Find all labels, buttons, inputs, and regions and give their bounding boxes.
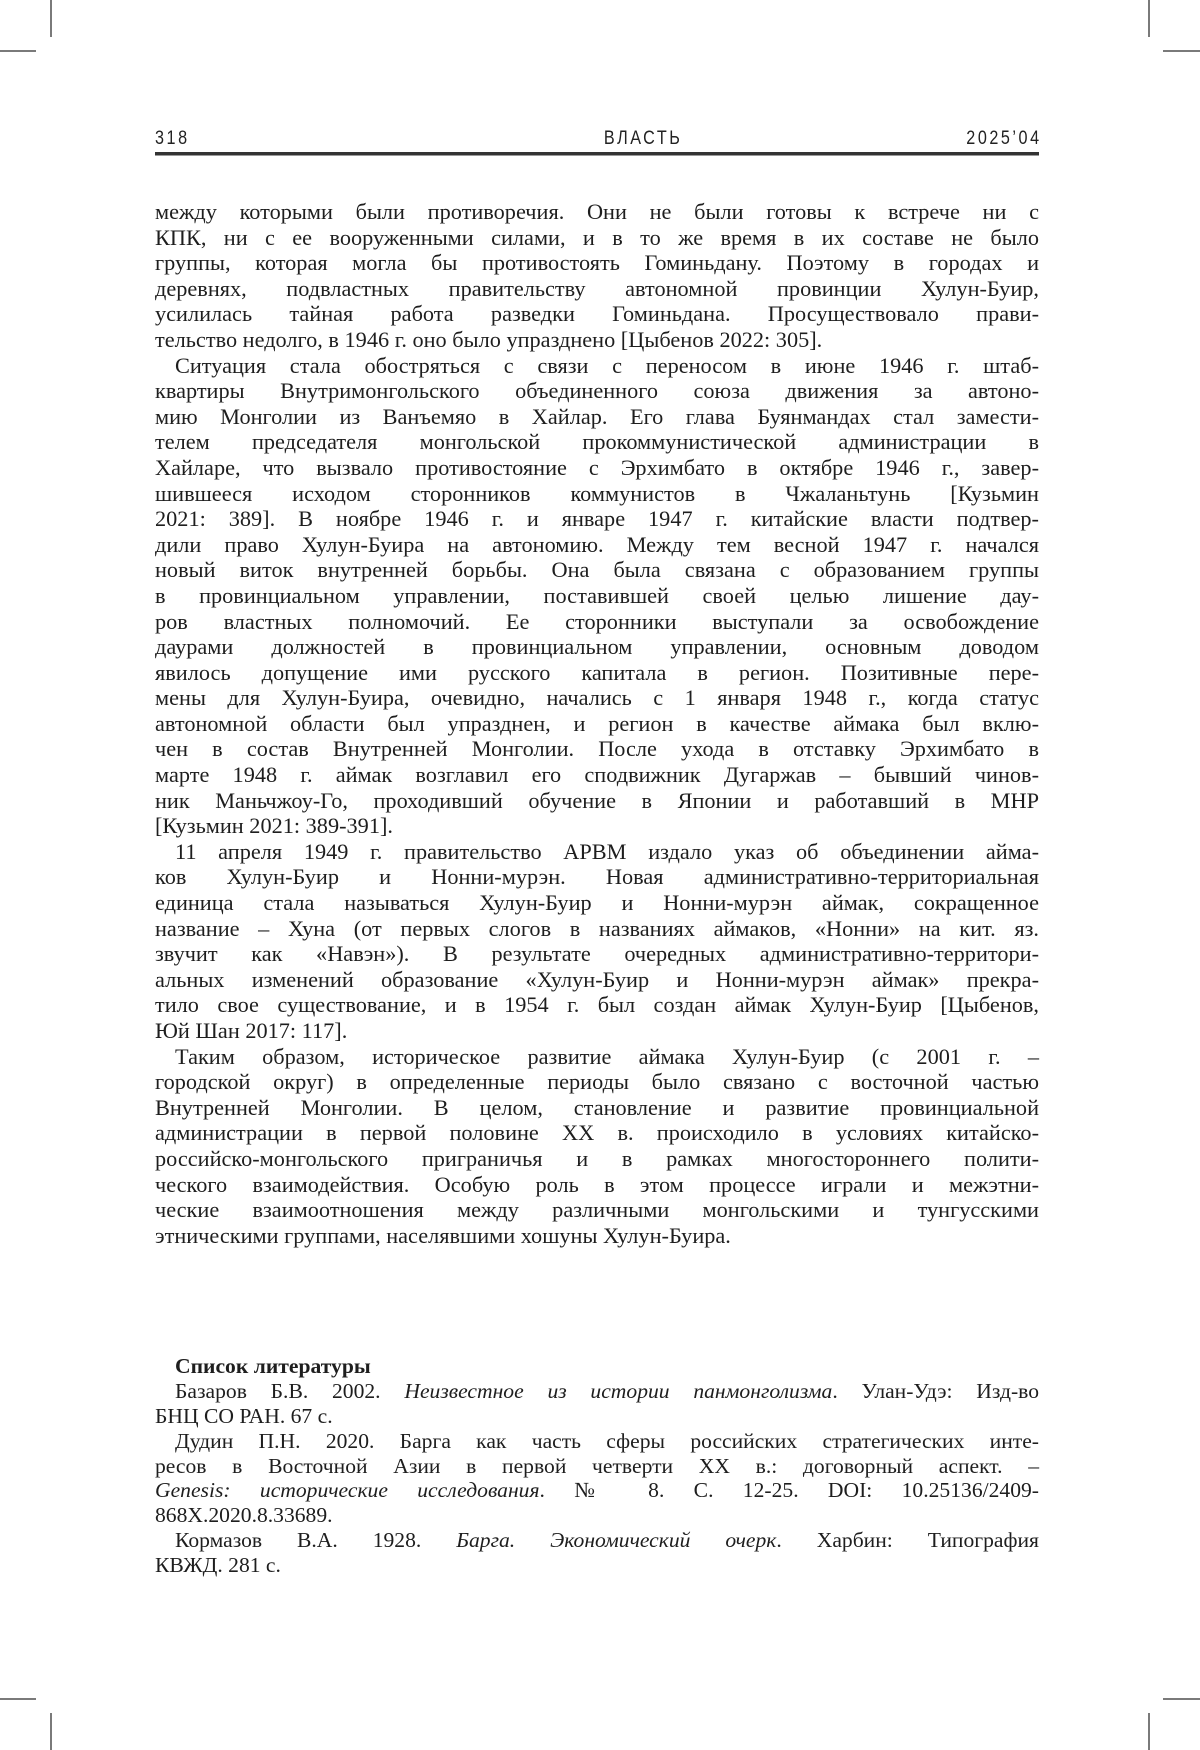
text-line: даурами должностей в провинциальном упра… (155, 634, 1039, 660)
text-line: тельство недолго, в 1946 г. оно было упр… (155, 327, 1039, 353)
crop-mark-top-left-vertical (50, 0, 52, 37)
reference-text: ресов в Восточной Азии в первой четверти… (155, 1454, 1039, 1478)
text-line: между которыми были противоречия. Они не… (155, 199, 1039, 225)
reference-text: КВЖД. 281 с. (155, 1553, 281, 1577)
text-line: ческие взаимоотношения между различными … (155, 1197, 1039, 1223)
text-line: тило свое существование, и в 1954 г. был… (155, 992, 1039, 1018)
reference-line: Кормазов В.А. 1928. Барга. Экономический… (155, 1528, 1039, 1553)
text-line: Ситуация стала обостряться с связи с пер… (155, 353, 1039, 379)
text-line: квартиры Внутримонгольского объединенног… (155, 378, 1039, 404)
reference-line: Базаров Б.В. 2002. Неизвестное из истори… (155, 1379, 1039, 1404)
article-body: между которыми были противоречия. Они не… (155, 199, 1039, 1248)
reference-text: . Харбин: Типография (776, 1528, 1039, 1552)
text-line: шившееся исходом сторонников коммунистов… (155, 481, 1039, 507)
text-line: ческого взаимодействия. Особую роль в эт… (155, 1172, 1039, 1198)
paragraph: Таким образом, историческое развитие айм… (155, 1044, 1039, 1249)
text-line: мены для Хулун-Буира, очевидно, начались… (155, 685, 1039, 711)
text-line: телем председателя монгольской прокоммун… (155, 429, 1039, 455)
text-line: марте 1948 г. аймак возглавил его сподви… (155, 762, 1039, 788)
reference-text: Базаров Б.В. 2002. (175, 1379, 404, 1403)
references-heading: Список литературы (155, 1354, 1039, 1379)
reference-text: . Улан-Удэ: Изд-во (832, 1379, 1039, 1403)
paragraph: Ситуация стала обостряться с связи с пер… (155, 353, 1039, 839)
text-line: городской округ) в определенные периоды … (155, 1069, 1039, 1095)
text-line: этническими группами, населявшими хошуны… (155, 1223, 1039, 1249)
text-line: единица стала называться Хулун-Буир и Но… (155, 890, 1039, 916)
text-line: группы, которая могла бы противостоять Г… (155, 250, 1039, 276)
text-line: чен в состав Внутренней Монголии. После … (155, 736, 1039, 762)
text-line: в провинциальном управлении, поставившей… (155, 583, 1039, 609)
reference-text: 868X.2020.8.33689. (155, 1503, 333, 1527)
text-line: [Кузьмин 2021: 389-391]. (155, 813, 1039, 839)
text-line: ков Хулун-Буир и Нонни-мурэн. Новая адми… (155, 864, 1039, 890)
reference-line: Genesis: исторические исследования. № 8.… (155, 1478, 1039, 1503)
text-line: ник Маньчжоу-Го, проходивший обучение в … (155, 788, 1039, 814)
text-line: 11 апреля 1949 г. правительство АРВМ изд… (155, 839, 1039, 865)
text-line: 2021: 389]. В ноябре 1946 г. и январе 19… (155, 506, 1039, 532)
references-section: Список литературы Базаров Б.В. 2002. Неи… (155, 1354, 1039, 1578)
reference-line: КВЖД. 281 с. (155, 1553, 1039, 1578)
paragraph: 11 апреля 1949 г. правительство АРВМ изд… (155, 839, 1039, 1044)
text-line: название – Хуна (от первых слогов в назв… (155, 916, 1039, 942)
reference-line: Дудин П.Н. 2020. Барга как часть сферы р… (155, 1429, 1039, 1454)
text-line: мию Монголии из Ванъемяо в Хайлар. Его г… (155, 404, 1039, 430)
page-number: 318 (155, 127, 190, 151)
reference-line: 868X.2020.8.33689. (155, 1503, 1039, 1528)
text-line: КПК, ни с ее вооруженными силами, и в то… (155, 225, 1039, 251)
text-line: автономной области был упразднен, и реги… (155, 711, 1039, 737)
text-line: администрации в первой половине XX в. пр… (155, 1120, 1039, 1146)
crop-mark-top-right-vertical (1148, 0, 1150, 37)
crop-mark-bottom-right-horizontal (1163, 1698, 1200, 1700)
text-line: звучит как «Навэн»). В результате очеред… (155, 941, 1039, 967)
header-rule (155, 152, 1039, 156)
text-line: Внутренней Монголии. В целом, становлени… (155, 1095, 1039, 1121)
reference-title: Неизвестное из истории панмонголизма (404, 1379, 832, 1403)
text-line: альных изменений образование «Хулун-Буир… (155, 967, 1039, 993)
text-line: явилось допущение ими русского капитала … (155, 660, 1039, 686)
reference-title: Барга. Экономический очерк (456, 1528, 776, 1552)
paragraph: между которыми были противоречия. Они не… (155, 199, 1039, 353)
text-line: российско-монгольского приграничья и в р… (155, 1146, 1039, 1172)
text-line: Таким образом, историческое развитие айм… (155, 1044, 1039, 1070)
text-line: новый виток внутренней борьбы. Она была … (155, 557, 1039, 583)
text-line: деревнях, подвластных правительству авто… (155, 276, 1039, 302)
reference-text: БНЦ СО РАН. 67 с. (155, 1404, 333, 1428)
crop-mark-bottom-left-horizontal (0, 1698, 36, 1700)
crop-mark-bottom-left-vertical (50, 1713, 52, 1750)
reference-text: Кормазов В.А. 1928. (175, 1528, 456, 1552)
journal-title: ВЛАСТЬ (604, 127, 683, 151)
text-line: Хайларе, что вызвало противостояние с Эр… (155, 455, 1039, 481)
text-line: ров властных полномочий. Ее сторонники в… (155, 609, 1039, 635)
crop-mark-top-right-horizontal (1163, 50, 1200, 52)
running-head: 318 ВЛАСТЬ 2025’04 (155, 127, 1039, 151)
reference-entry: Кормазов В.А. 1928. Барга. Экономический… (155, 1528, 1039, 1578)
text-line: дили право Хулун-Буира на автономию. Меж… (155, 532, 1039, 558)
issue-number: 2025’04 (967, 127, 1042, 151)
crop-mark-bottom-right-vertical (1148, 1713, 1150, 1750)
reference-line: БНЦ СО РАН. 67 с. (155, 1404, 1039, 1429)
crop-mark-top-left-horizontal (0, 50, 36, 52)
reference-text: Дудин П.Н. 2020. Барга как часть сферы р… (175, 1429, 1039, 1453)
reference-line: ресов в Восточной Азии в первой четверти… (155, 1454, 1039, 1479)
text-line: усилилась тайная работа разведки Гоминьд… (155, 301, 1039, 327)
reference-entry: Базаров Б.В. 2002. Неизвестное из истори… (155, 1379, 1039, 1429)
text-line: Юй Шан 2017: 117]. (155, 1018, 1039, 1044)
reference-text: . № 8. С. 12-25. DOI: 10.25136/2409- (540, 1478, 1039, 1502)
reference-title: Genesis: исторические исследования (155, 1478, 540, 1502)
reference-entry: Дудин П.Н. 2020. Барга как часть сферы р… (155, 1429, 1039, 1529)
